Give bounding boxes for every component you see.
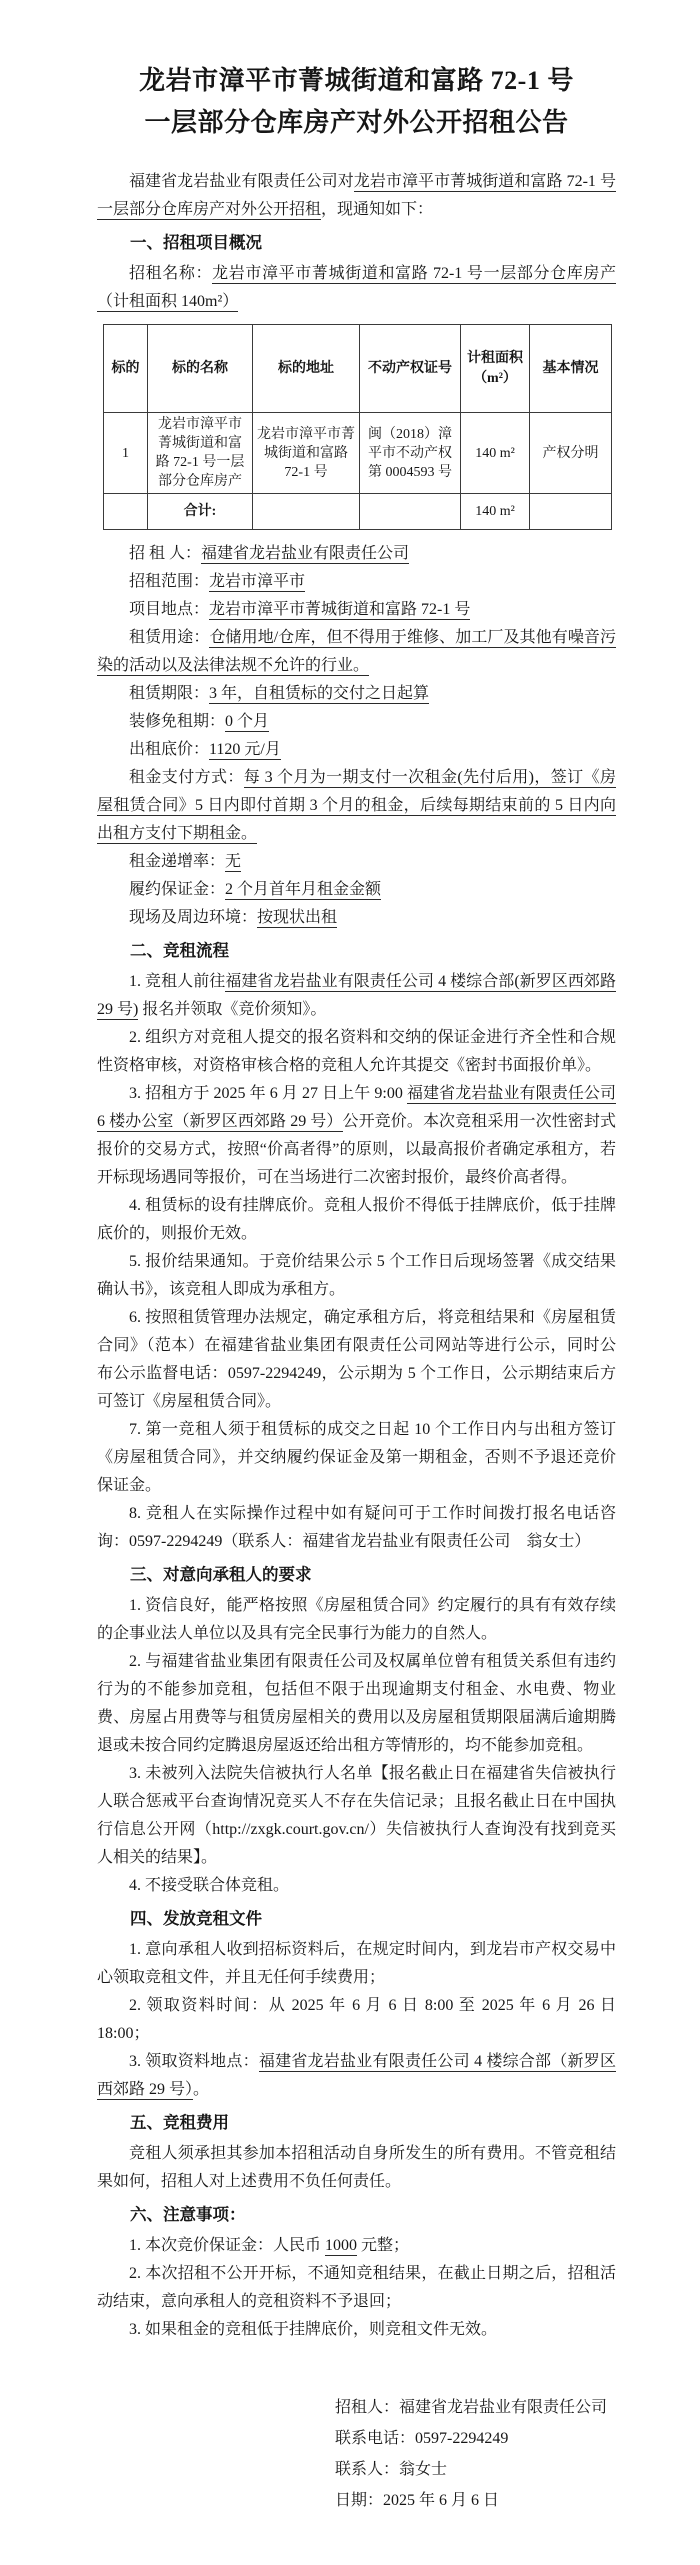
text-run: 2. 本次招租不公开开标，不通知竞租结果，在截止日期之后，招租活动结束，意向承租… [97, 2265, 616, 2310]
signature-line-lessor: 招租人：福建省龙岩盐业有限责任公司 [335, 2392, 616, 2423]
text-run: 租金支付方式： [129, 769, 244, 786]
tenant-requirement-item: 3. 未被列入法院失信被执行人名单【报名截止日在福建省失信被执行人联合惩戒平台查… [97, 1760, 616, 1872]
underlined-text: 龙岩市漳平市 [209, 573, 305, 592]
bidding-process-item: 4. 租赁标的设有挂牌底价。竞租人报价不得低于挂牌底价，低于挂牌底价的，则报价无… [97, 1192, 616, 1248]
text-run: 8. 竞租人在实际操作过程中如有疑问可于工作时间拨打报名电话咨询：0597-22… [97, 1505, 616, 1550]
text-run: 3. 如果租金的竞租低于挂牌底价，则竞租文件无效。 [129, 2321, 497, 2338]
text-run: 招 租 人： [129, 545, 201, 562]
property-field-line: 项目地点：龙岩市漳平市菁城街道和富路 72-1 号 [97, 596, 616, 624]
total-empty-cell [360, 494, 461, 530]
property-field-line: 招 租 人：福建省龙岩盐业有限责任公司 [97, 540, 616, 568]
section-heading-tenant-requirements: 三、对意向承租人的要求 [97, 1561, 616, 1589]
tenant-requirement-item: 4. 不接受联合体竞租。 [97, 1872, 616, 1900]
tenant-requirements-list: 1. 资信良好，能严格按照《房屋租赁合同》约定履行的具有有效存续的企事业法人单位… [97, 1592, 616, 1900]
text-run: 租金递增率： [129, 853, 225, 870]
section-heading-bidding-process: 二、竞租流程 [97, 937, 616, 965]
underlined-text: 3 年，自租赁标的交付之日起算 [209, 685, 429, 704]
intro-paragraph: 福建省龙岩盐业有限责任公司对龙岩市漳平市菁城街道和富路 72-1 号一层部分仓库… [97, 168, 616, 224]
col-header-address: 标的地址 [253, 325, 360, 413]
text-run: 福建省龙岩盐业有限责任公司对 [129, 173, 354, 190]
text-run: 1. 竞租人前往 [129, 973, 225, 990]
text-run: 7. 第一竞租人须于租赁标的成交之日起 10 个工作日内与出租方签订《房屋租赁合… [97, 1421, 616, 1494]
text-run: 租赁期限： [129, 685, 209, 702]
tender-name-line: 招租名称：龙岩市漳平市菁城街道和富路 72-1 号一层部分仓库房产（计租面积 1… [97, 260, 616, 316]
text-run: 招租名称： [129, 265, 212, 282]
property-fields: 招 租 人：福建省龙岩盐业有限责任公司招租范围：龙岩市漳平市项目地点：龙岩市漳平… [97, 540, 616, 932]
total-empty-cell [530, 494, 612, 530]
text-run: 。 [193, 2081, 209, 2098]
total-area-cell: 140 m² [461, 494, 530, 530]
text-run: 5. 报价结果通知。于竞价结果公示 5 个工作日后现场签署《成交结果确认书》，该… [97, 1253, 616, 1298]
col-header-name: 标的名称 [148, 325, 253, 413]
underlined-text: 按现状出租 [257, 909, 337, 928]
signature-line-date: 日期：2025 年 6 月 6 日 [335, 2485, 616, 2516]
property-field-line: 现场及周边环境：按现状出租 [97, 904, 616, 932]
cell-basic-condition: 产权分明 [530, 413, 612, 494]
col-header-lot: 标的 [104, 325, 148, 413]
underlined-text: 1000 [325, 2237, 357, 2256]
property-field-line: 出租底价：1120 元/月 [97, 736, 616, 764]
document-issue-item: 1. 意向承租人收到招标资料后，在规定时间内，到龙岩市产权交易中心领取竞租文件，… [97, 1936, 616, 1992]
total-empty-cell [253, 494, 360, 530]
table-row: 1 龙岩市漳平市菁城街道和富路 72-1 号一层部分仓库房产 龙岩市漳平市菁城街… [104, 413, 612, 494]
text-run: 1. 意向承租人收到招标资料后，在规定时间内，到龙岩市产权交易中心领取竞租文件，… [97, 1941, 616, 1986]
announcement-document: 龙岩市漳平市菁城街道和富路 72-1 号 一层部分仓库房产对外公开招租公告 福建… [0, 0, 700, 2565]
tenant-requirement-item: 2. 与福建省盐业集团有限责任公司及权属单位曾有租赁关系但有违约行为的不能参加竞… [97, 1648, 616, 1760]
text-run: ，现通知如下： [321, 201, 433, 218]
text-run: 4. 不接受联合体竞租。 [129, 1877, 289, 1894]
col-header-cert: 不动产权证号 [360, 325, 461, 413]
underlined-text: 福建省龙岩盐业有限责任公司 [201, 545, 409, 564]
table-total-row: 合计: 140 m² [104, 494, 612, 530]
text-run: 6. 按照租赁管理办法规定，确定承租方后，将竞租结果和《房屋租赁合同》（范本）在… [97, 1309, 616, 1410]
document-title: 龙岩市漳平市菁城街道和富路 72-1 号 一层部分仓库房产对外公开招租公告 [97, 60, 616, 144]
text-run: 报名并领取《竞价须知》。 [138, 1001, 326, 1018]
bidding-process-item: 5. 报价结果通知。于竞价结果公示 5 个工作日后现场签署《成交结果确认书》，该… [97, 1248, 616, 1304]
total-label-cell: 合计: [148, 494, 253, 530]
tenant-requirement-item: 1. 资信良好，能严格按照《房屋租赁合同》约定履行的具有有效存续的企事业法人单位… [97, 1592, 616, 1648]
note-item: 3. 如果租金的竞租低于挂牌底价，则竞租文件无效。 [97, 2316, 616, 2344]
text-run: 1. 本次竞价保证金：人民币 [129, 2237, 325, 2254]
text-run: 2. 领取资料时间：从 2025 年 6 月 6 日 8:00 至 2025 年… [97, 1997, 616, 2042]
section-heading-overview: 一、招租项目概况 [97, 229, 616, 257]
text-run: 租赁用途： [129, 629, 209, 646]
underlined-text: 2 个月首年月租金金额 [225, 881, 381, 900]
text-run: 竞租人须承担其参加本招租活动自身所发生的所有费用。不管竞租结果如何，招租人对上述… [97, 2145, 616, 2190]
document-title-line2: 一层部分仓库房产对外公开招租公告 [144, 108, 568, 137]
signature-line-phone: 联系电话：0597-2294249 [335, 2423, 616, 2454]
property-field-line: 租赁期限：3 年，自租赁标的交付之日起算 [97, 680, 616, 708]
section-heading-fees: 五、竞租费用 [97, 2109, 616, 2137]
bidding-process-item: 7. 第一竞租人须于租赁标的成交之日起 10 个工作日内与出租方签订《房屋租赁合… [97, 1416, 616, 1500]
text-run: 履约保证金： [129, 881, 225, 898]
cell-property-name: 龙岩市漳平市菁城街道和富路 72-1 号一层部分仓库房产 [148, 413, 253, 494]
fees-paragraph: 竞租人须承担其参加本招租活动自身所发生的所有费用。不管竞租结果如何，招租人对上述… [97, 2140, 616, 2196]
document-title-line1: 龙岩市漳平市菁城街道和富路 72-1 号 [139, 66, 574, 95]
text-run: 元整； [357, 2237, 409, 2254]
signature-line-contact: 联系人：翁女士 [335, 2454, 616, 2485]
note-item: 2. 本次招租不公开开标，不通知竞租结果，在截止日期之后，招租活动结束，意向承租… [97, 2260, 616, 2316]
property-field-line: 装修免租期：0 个月 [97, 708, 616, 736]
text-run: 2. 与福建省盐业集团有限责任公司及权属单位曾有租赁关系但有违约行为的不能参加竞… [97, 1653, 616, 1754]
text-run: 3. 未被列入法院失信被执行人名单【报名截止日在福建省失信被执行人联合惩戒平台查… [97, 1765, 616, 1866]
property-field-line: 租金递增率：无 [97, 848, 616, 876]
text-run: 装修免租期： [129, 713, 225, 730]
col-header-area: 计租面积（m²） [461, 325, 530, 413]
property-field-line: 履约保证金：2 个月首年月租金金额 [97, 876, 616, 904]
text-run: 3. 招租方于 2025 年 6 月 27 日上午 9:00 [129, 1085, 407, 1102]
text-run: 4. 租赁标的设有挂牌底价。竞租人报价不得低于挂牌底价，低于挂牌底价的，则报价无… [97, 1197, 616, 1242]
bidding-process-item: 2. 组织方对竞租人提交的报名资料和交纳的保证金进行齐全性和合规性资格审核，对资… [97, 1024, 616, 1080]
text-run: 2. 组织方对竞租人提交的报名资料和交纳的保证金进行齐全性和合规性资格审核，对资… [97, 1029, 616, 1074]
text-run: 3. 领取资料地点： [129, 2053, 259, 2070]
cell-certificate-number: 闽（2018）漳平市不动产权第 0004593 号 [360, 413, 461, 494]
bidding-process-item: 3. 招租方于 2025 年 6 月 27 日上午 9:00 福建省龙岩盐业有限… [97, 1080, 616, 1192]
bidding-process-list: 1. 竞租人前往福建省龙岩盐业有限责任公司 4 楼综合部(新罗区西郊路 29 号… [97, 968, 616, 1556]
document-issue-item: 2. 领取资料时间：从 2025 年 6 月 6 日 8:00 至 2025 年… [97, 1992, 616, 2048]
notes-list: 1. 本次竞价保证金：人民币 1000 元整；2. 本次招租不公开开标，不通知竞… [97, 2232, 616, 2344]
signature-block: 招租人：福建省龙岩盐业有限责任公司 联系电话：0597-2294249 联系人：… [335, 2392, 616, 2516]
total-empty-cell [104, 494, 148, 530]
bidding-process-item: 6. 按照租赁管理办法规定，确定承租方后，将竞租结果和《房屋租赁合同》（范本）在… [97, 1304, 616, 1416]
cell-rent-area: 140 m² [461, 413, 530, 494]
underlined-text: 无 [225, 853, 241, 872]
property-field-line: 招租范围：龙岩市漳平市 [97, 568, 616, 596]
document-issue-list: 1. 意向承租人收到招标资料后，在规定时间内，到龙岩市产权交易中心领取竞租文件，… [97, 1936, 616, 2104]
text-run: 现场及周边环境： [129, 909, 257, 926]
cell-lot-number: 1 [104, 413, 148, 494]
table-header-row: 标的 标的名称 标的地址 不动产权证号 计租面积（m²） 基本情况 [104, 325, 612, 413]
document-issue-item: 3. 领取资料地点：福建省龙岩盐业有限责任公司 4 楼综合部（新罗区西郊路 29… [97, 2048, 616, 2104]
property-field-line: 租赁用途：仓储用地/仓库，但不得用于维修、加工厂及其他有噪音污染的活动以及法律法… [97, 624, 616, 680]
underlined-text: 0 个月 [225, 713, 269, 732]
section-heading-document-issue: 四、发放竞租文件 [97, 1905, 616, 1933]
section-heading-notes: 六、注意事项： [97, 2201, 616, 2229]
bidding-process-item: 8. 竞租人在实际操作过程中如有疑问可于工作时间拨打报名电话咨询：0597-22… [97, 1500, 616, 1556]
bidding-process-item: 1. 竞租人前往福建省龙岩盐业有限责任公司 4 楼综合部(新罗区西郊路 29 号… [97, 968, 616, 1024]
underlined-text: 1120 元/月 [209, 741, 281, 760]
cell-property-address: 龙岩市漳平市菁城街道和富路 72-1 号 [253, 413, 360, 494]
text-run: 1. 资信良好，能严格按照《房屋租赁合同》约定履行的具有有效存续的企事业法人单位… [97, 1597, 616, 1642]
note-item: 1. 本次竞价保证金：人民币 1000 元整； [97, 2232, 616, 2260]
text-run: 招租范围： [129, 573, 209, 590]
property-field-line: 租金支付方式：每 3 个月为一期支付一次租金(先付后用)，签订《房屋租赁合同》5… [97, 764, 616, 848]
underlined-text: 龙岩市漳平市菁城街道和富路 72-1 号 [209, 601, 470, 620]
text-run: 项目地点： [129, 601, 209, 618]
col-header-condition: 基本情况 [530, 325, 612, 413]
property-table: 标的 标的名称 标的地址 不动产权证号 计租面积（m²） 基本情况 1 龙岩市漳… [103, 324, 612, 530]
text-run: 出租底价： [129, 741, 209, 758]
